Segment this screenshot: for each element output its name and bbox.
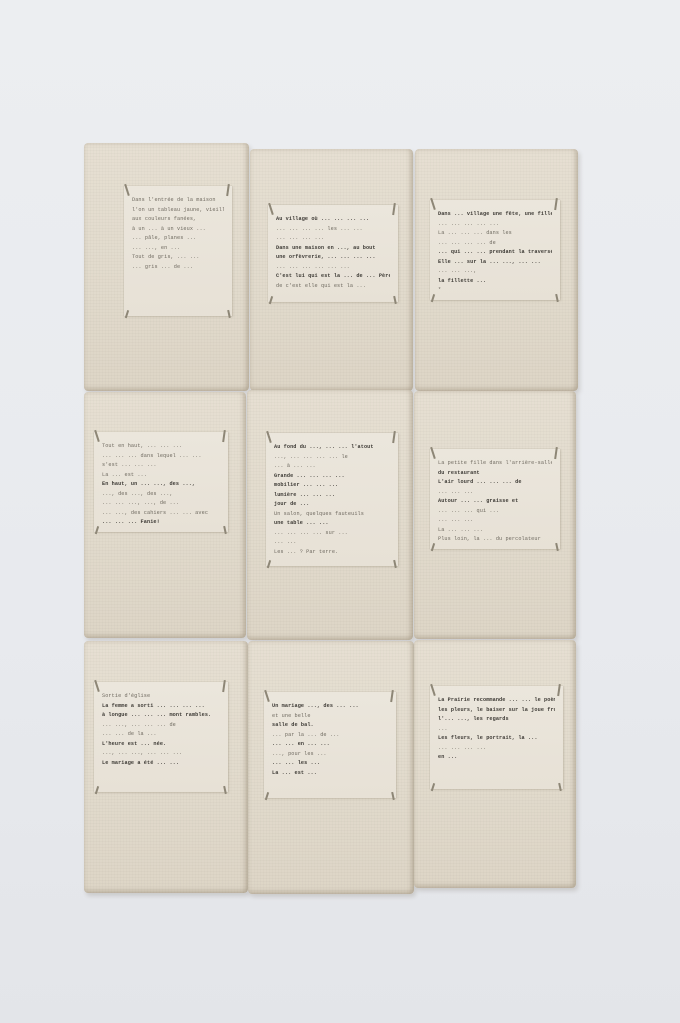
label-text-line: ... ... ... (438, 516, 552, 526)
label-text-line: Dans ... village une fête, une fillette (438, 210, 552, 220)
label-text-line: L'air lourd ... ... ... de (438, 478, 552, 488)
label-text-line: La ... est ... (102, 471, 220, 481)
label-text-line: une table ... ... (274, 519, 390, 529)
label-text-line: ... ... (274, 538, 390, 548)
typewritten-label: Au village où ... ... ... ...... ... ...… (268, 205, 398, 302)
pin-icon (124, 184, 129, 196)
label-text-line: lumière ... ... ... (274, 491, 390, 501)
label-text-line: Les ... ? Par terre. (274, 548, 390, 558)
label-text-line: La ... ... ... (438, 526, 552, 536)
label-text-line: La petite fille dans l'arrière-salle (438, 459, 552, 469)
label-text-line: ... ... de la ... (102, 730, 220, 740)
pin-icon (557, 684, 560, 696)
label-text-line: ... par la ... de ... (272, 731, 388, 741)
pin-icon (268, 203, 273, 215)
label-text-line: ... ... en ... ... (272, 740, 388, 750)
label-text-line: C'est lui qui est la ... de ... Père (276, 272, 390, 282)
typewritten-label: La petite fille dans l'arrière-salledu r… (430, 449, 560, 549)
pin-icon (390, 690, 393, 702)
typewritten-label: Dans l'entrée de la maisonl'on un tablea… (124, 186, 232, 316)
typewritten-label: Dans ... village une fête, une fillette.… (430, 200, 560, 300)
label-text-line: Plus loin, la ... du percolateur (438, 535, 552, 545)
pin-icon (226, 184, 229, 196)
typewritten-label: Tout en haut, ... ... ...... ... ... dan… (94, 432, 228, 532)
label-text-line: ... ... ... ... ... (438, 220, 552, 230)
label-text-line: ... ... les ... (272, 759, 388, 769)
label-text-line: et une belle (272, 712, 388, 722)
pin-icon (392, 431, 395, 443)
label-text-line: ... ... ..., ..., de ... (102, 499, 220, 509)
label-text-line: ... pâle, planes ... (132, 234, 224, 244)
label-text-line: ... ... ... ... de (438, 239, 552, 249)
pin-icon (94, 430, 99, 442)
label-text-line: aux couleurs fanées, (132, 215, 224, 225)
label-text-line: Tout de gris, ... ... (132, 253, 224, 263)
pin-icon (222, 680, 225, 692)
label-text-line: Au fond du ..., ... ... l'atout (274, 443, 390, 453)
label-text-line: ... gris ... de ... (132, 263, 224, 273)
label-text-line: Sortie d'église (102, 692, 220, 702)
label-text-line: Tout en haut, ... ... ... (102, 442, 220, 452)
pin-icon (94, 680, 99, 692)
label-text-line: du restaurant (438, 469, 552, 479)
label-text-line: Le mariage a été ... ... (102, 759, 220, 769)
label-text-line: La ... est ... (272, 769, 388, 779)
label-text-line: ... ... ... qui ... (438, 507, 552, 517)
label-text-line: à longue ... ... ... mont rambles. (102, 711, 220, 721)
label-text-line: ... ... ... ... les ... ... (276, 225, 390, 235)
label-text-line: Dans une maison en ..., au bout (276, 244, 390, 254)
pin-icon (430, 447, 435, 459)
label-text-line: ... ... ... Fanie! (102, 518, 220, 528)
label-text-line: en ... (438, 753, 555, 763)
label-text-line: Au village où ... ... ... ... (276, 215, 390, 225)
label-text-line: ... qui ... ... prendant la traversée, (438, 248, 552, 258)
label-text-line: salle de bal. (272, 721, 388, 731)
label-text-line: la fillette ... (438, 277, 552, 287)
label-text-line: ..., pour les ... (272, 750, 388, 760)
typewritten-label: Au fond du ..., ... ... l'atout..., ... … (266, 433, 398, 566)
label-text-line: Dans l'entrée de la maison (132, 196, 224, 206)
label-text-line: ... ... ... ... sur ... (274, 529, 390, 539)
pin-icon (554, 447, 557, 459)
label-text-line: ... ..., en ... (132, 244, 224, 254)
label-text-line: En haut, un ... ..., des ..., (102, 480, 220, 490)
label-text-line: La ... ... ... dans les (438, 229, 552, 239)
typewritten-label: Un mariage ..., des ... ...et une belles… (264, 692, 396, 798)
label-text-line: une orfèvrerie, ... ... ... ... (276, 253, 390, 263)
label-text-line: ... à ... ... (274, 462, 390, 472)
pin-icon (430, 684, 435, 696)
label-text-line: les pleurs, le baiser sur la joue froide… (438, 706, 555, 716)
label-text-line: à un ... à un vieux ... (132, 225, 224, 235)
label-text-line: ... ... ... (438, 488, 552, 498)
label-text-line: l'... ..., les regards (438, 715, 555, 725)
pin-icon (264, 690, 269, 702)
label-text-line: Elle ... sur la ... ..., ... ... (438, 258, 552, 268)
label-text-line: ... ... ..., (438, 267, 552, 277)
label-text-line: ..., des ..., des ..., (102, 490, 220, 500)
label-text-line: de c'est elle qui est la ... (276, 282, 390, 292)
label-text-line: L'heure est ... née. (102, 740, 220, 750)
label-text-line: La Prairie recommande ... ... le poème (438, 696, 555, 706)
label-text-line: ... ..., des cahiers ... ... avec (102, 509, 220, 519)
label-text-line: ... ... ... ... (276, 234, 390, 244)
label-text-line: ..., ... ..., ... ... ... (102, 749, 220, 759)
label-text-line: ..., ... ... ... ... le (274, 453, 390, 463)
label-text-line: jour de ... (274, 500, 390, 510)
label-text-line: Les fleurs, le portrait, la ... (438, 734, 555, 744)
label-text-line: Autour ... ... graisse et (438, 497, 552, 507)
label-text-line: ... ... ... dans lequel ... ... (102, 452, 220, 462)
label-text-line: Un mariage ..., des ... ... (272, 702, 388, 712)
pin-icon (222, 430, 225, 442)
label-text-line: ... (438, 725, 555, 735)
typewritten-label: Sortie d'égliseLa femme a sorti ... ... … (94, 682, 228, 792)
pin-icon (430, 198, 435, 210)
pin-icon (554, 198, 557, 210)
label-text-line: ... ... ... ... (438, 744, 555, 754)
label-text-line: La femme a sorti ... ... ... ... (102, 702, 220, 712)
label-text-line: mobilier ... ... ... (274, 481, 390, 491)
typewritten-label: La Prairie recommande ... ... le poèmele… (430, 686, 563, 789)
label-text-line: Grande ... ... ... ... (274, 472, 390, 482)
pin-icon (392, 203, 395, 215)
label-text-line: * (438, 286, 552, 296)
label-text-line: ... ..., ... ... ... de (102, 721, 220, 731)
label-text-line: s'est ... ... ... (102, 461, 220, 471)
label-text-line: Un salon, quelques fauteuils (274, 510, 390, 520)
label-text-line: ... ... ... ... ... ... (276, 263, 390, 273)
pin-icon (266, 431, 271, 443)
label-text-line: l'on un tableau jaune, vieilli, (132, 206, 224, 216)
